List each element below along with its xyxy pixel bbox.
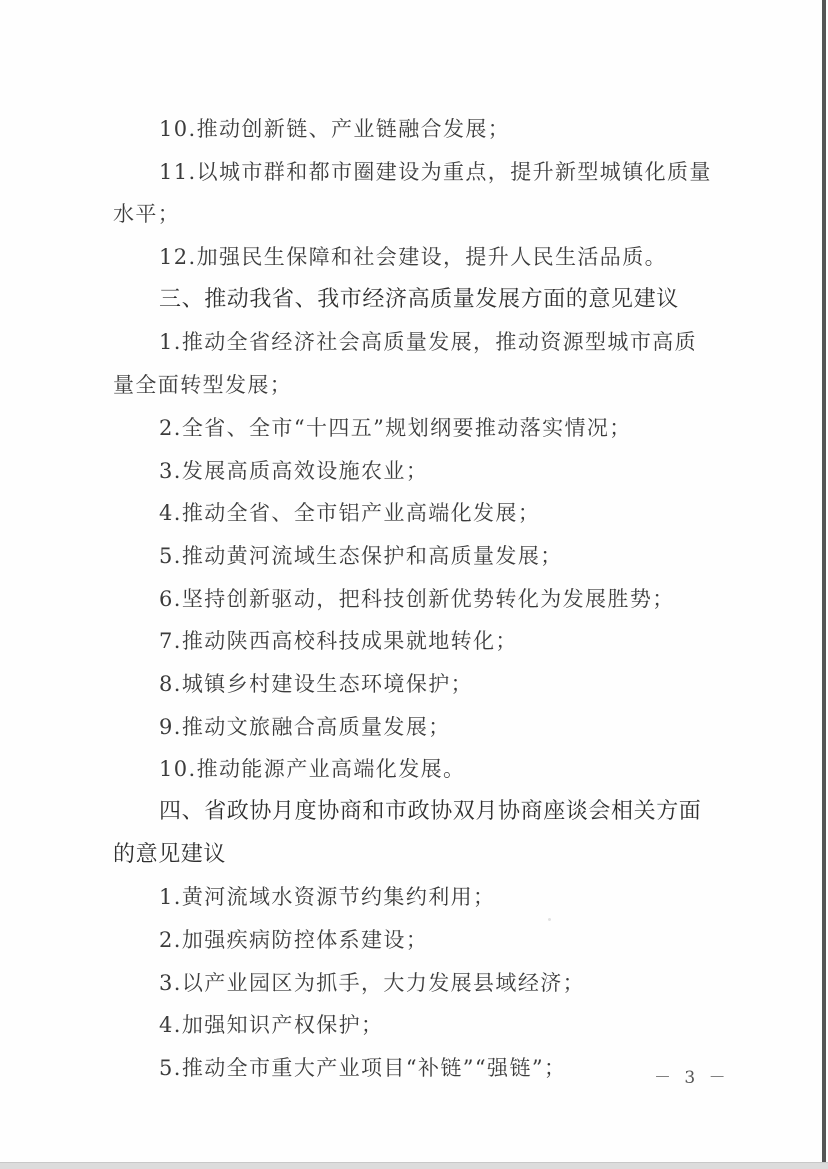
list-item-continuation: 水平； (113, 193, 703, 236)
page-right-edge (822, 0, 826, 1163)
list-item: 1.推动全省经济社会高质量发展，推动资源型城市高质 (113, 321, 703, 364)
list-item: 2.加强疾病防控体系建设； (113, 919, 703, 962)
list-item: 4.推动全省、全市铝产业高端化发展； (113, 492, 703, 535)
list-item: 12.加强民生保障和社会建设，提升人民生活品质。 (113, 236, 703, 279)
section-heading-4-continuation: 的意见建议 (113, 834, 703, 877)
list-item: 3.发展高质高效设施农业； (113, 450, 703, 493)
list-item: 7.推动陕西高校科技成果就地转化； (113, 620, 703, 663)
list-item-continuation: 量全面转型发展； (113, 364, 703, 407)
document-body: 10.推动创新链、产业链融合发展； 11.以城市群和都市圈建设为重点，提升新型城… (113, 108, 703, 1090)
list-item: 1.黄河流域水资源节约集约利用； (113, 876, 703, 919)
page-bottom-edge (0, 1162, 828, 1169)
list-item: 2.全省、全市“十四五”规划纲要推动落实情况； (113, 407, 703, 450)
section-heading-4: 四、省政协月度协商和市政协双月协商座谈会相关方面 (113, 791, 703, 834)
list-item: 8.城镇乡村建设生态环境保护； (113, 663, 703, 706)
list-item: 9.推动文旅融合高质量发展； (113, 706, 703, 749)
list-item: 10.推动创新链、产业链融合发展； (113, 108, 703, 151)
scan-speck (548, 918, 551, 921)
page-number: － 3 － (654, 1063, 730, 1088)
list-item: 11.以城市群和都市圈建设为重点，提升新型城镇化质量 (113, 151, 703, 194)
document-page: 10.推动创新链、产业链融合发展； 11.以城市群和都市圈建设为重点，提升新型城… (0, 0, 822, 1161)
list-item: 10.推动能源产业高端化发展。 (113, 748, 703, 791)
list-item: 6.坚持创新驱动，把科技创新优势转化为发展胜势； (113, 578, 703, 621)
list-item: 3.以产业园区为抓手，大力发展县域经济； (113, 962, 703, 1005)
list-item: 4.加强知识产权保护； (113, 1004, 703, 1047)
list-item: 5.推动全市重大产业项目“补链”“强链”； (113, 1047, 703, 1090)
section-heading-3: 三、推动我省、我市经济高质量发展方面的意见建议 (113, 279, 703, 322)
list-item: 5.推动黄河流域生态保护和高质量发展； (113, 535, 703, 578)
